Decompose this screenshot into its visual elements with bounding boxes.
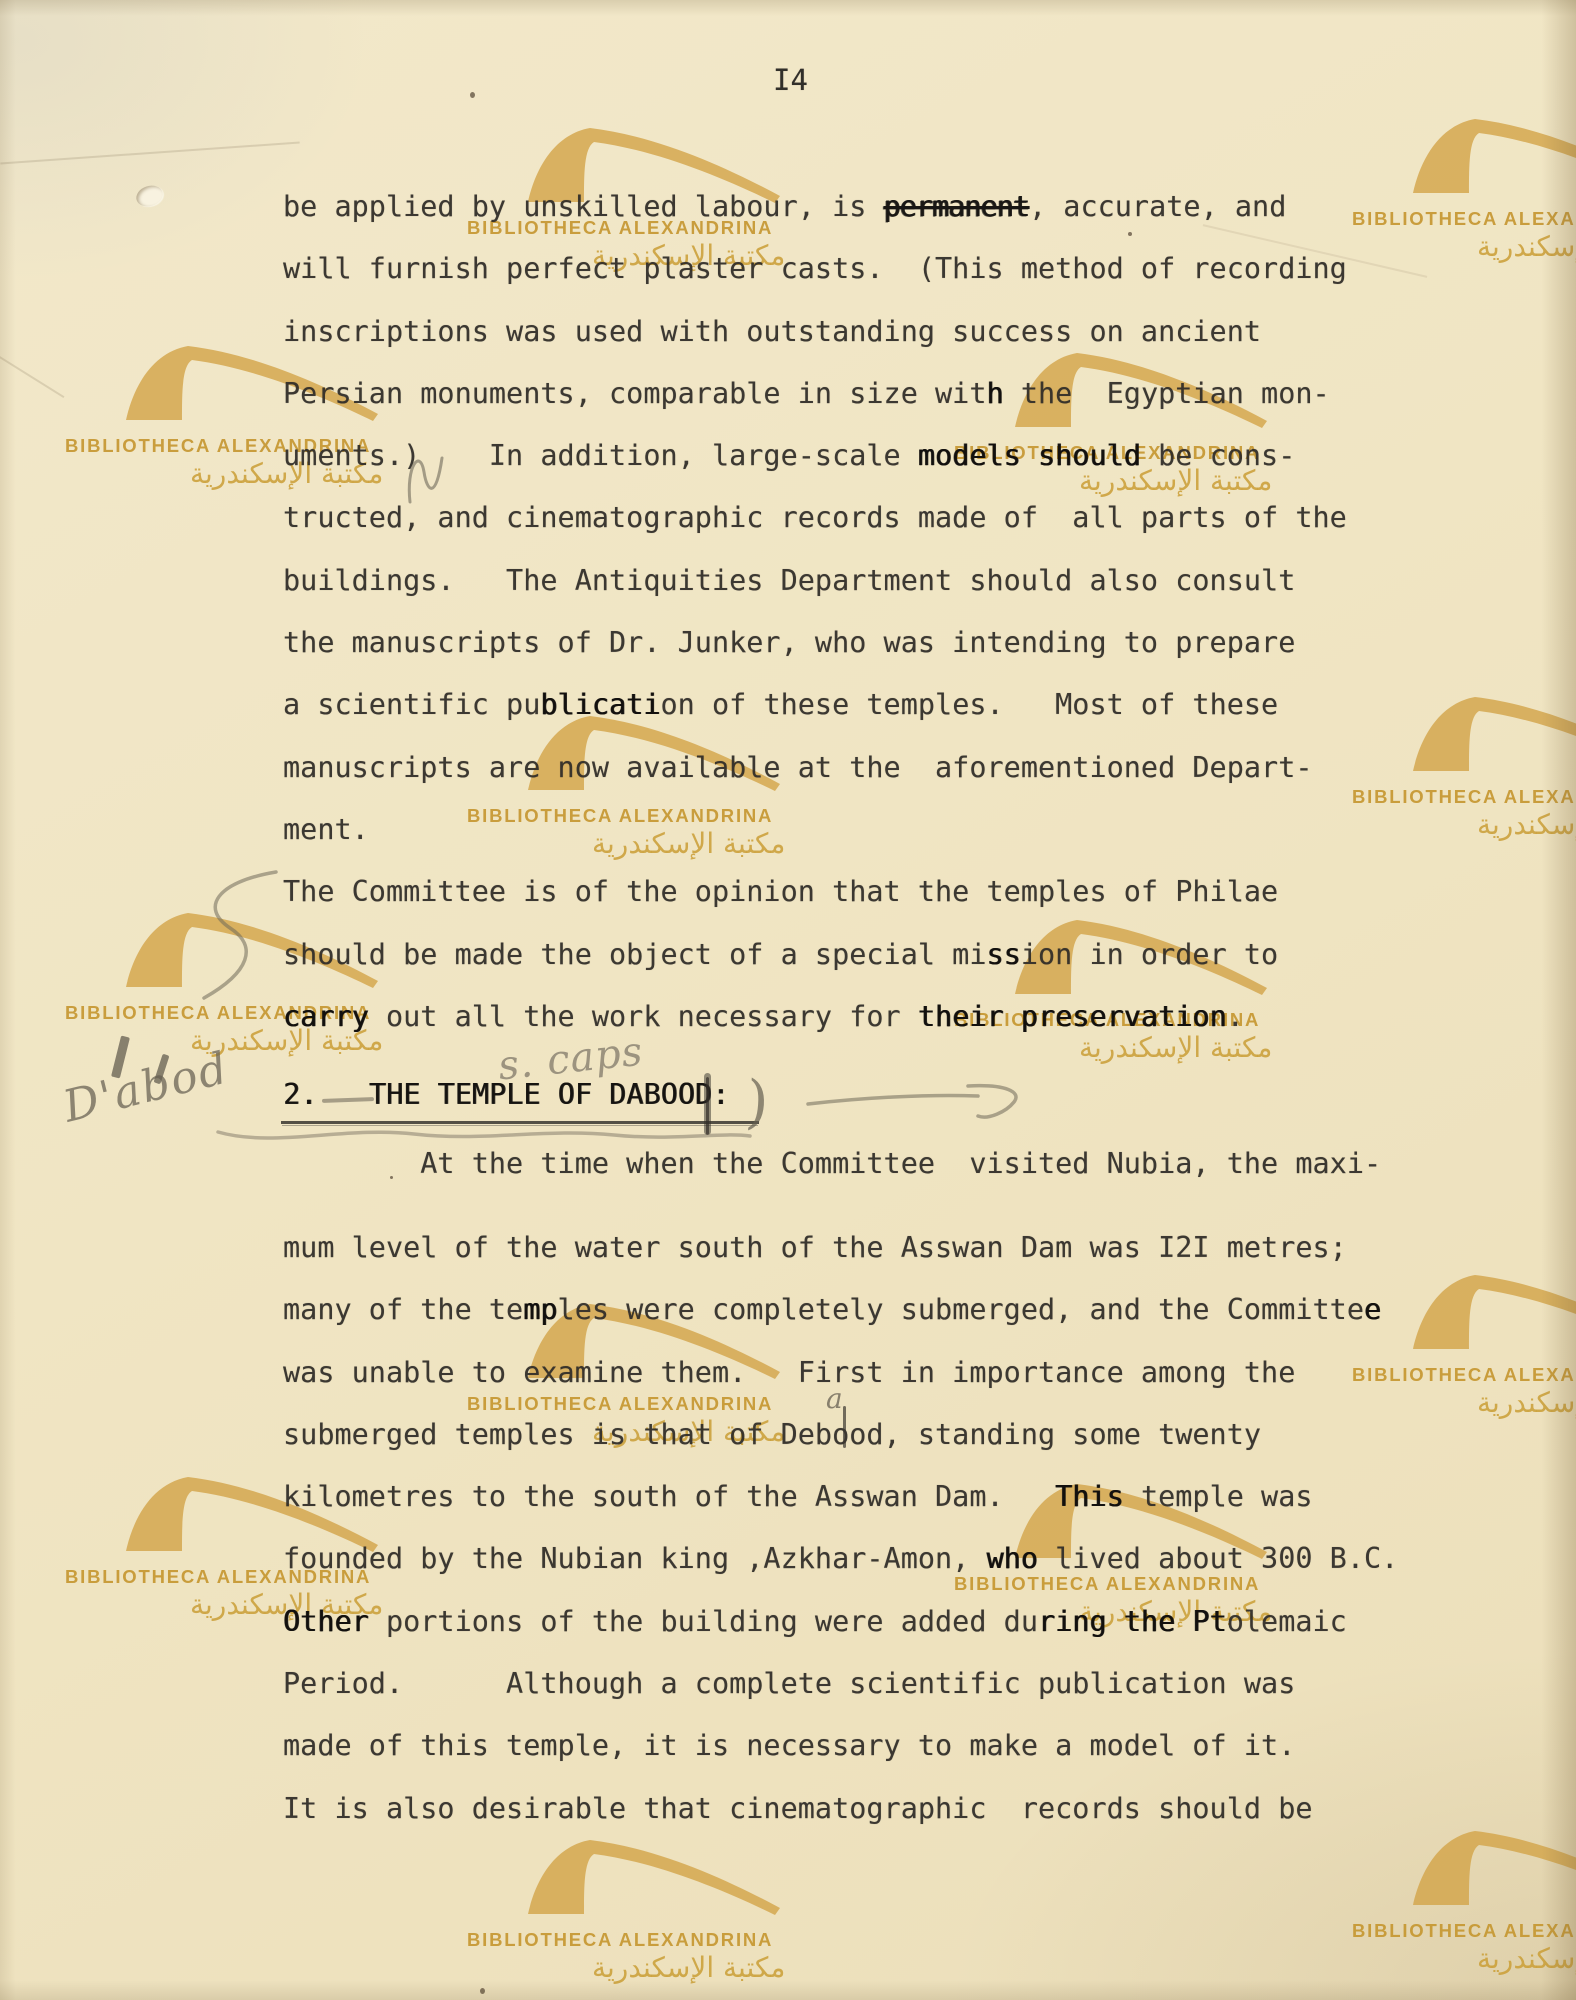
bibliotheca-alexandrina-arc-icon	[528, 1838, 780, 1916]
typed-line: buildings. The Antiquities Department sh…	[283, 550, 1347, 612]
typed-line: founded by the Nubian king ,Azkhar-Amon,…	[283, 1528, 1398, 1590]
typed-line: be applied by unskilled labour, is perma…	[283, 176, 1347, 238]
pencil-squiggle	[404, 444, 452, 508]
watermark: BIBLIOTHECA ALEXANDRINA مكتبة الإسكندرية	[467, 1929, 757, 1989]
watermark-arabic-text: مكتبة الإسكندرية	[1477, 230, 1576, 263]
typed-line: inscriptions was used with outstanding s…	[283, 301, 1347, 363]
typed-line: carry out all the work necessary for the…	[283, 986, 1347, 1048]
typed-line: mum level of the water south of the Assw…	[283, 1217, 1398, 1279]
pencil-wavy-underline	[214, 1122, 754, 1150]
watermark-latin-text: BIBLIOTHECA ALEXANDRINA	[467, 1929, 757, 1951]
ink-speck	[480, 1988, 485, 1994]
typed-line: a scientific publication of these temple…	[283, 674, 1347, 736]
paragraph-block-1: be applied by unskilled labour, is perma…	[283, 176, 1347, 1048]
ink-slash-debood	[843, 1406, 846, 1448]
pencil-brace	[196, 868, 288, 1008]
watermark-latin-text: BIBLIOTHECA ALEXANDRINA	[1352, 786, 1576, 808]
typed-line: manuscripts are now available at the afo…	[283, 737, 1347, 799]
typed-line: Period. Although a complete scientific p…	[283, 1653, 1398, 1715]
watermark: BIBLIOTHECA ALEXANDRINA مكتبة الإسكندرية	[1352, 786, 1576, 846]
paragraph-block-2: mum level of the water south of the Assw…	[283, 1217, 1398, 1840]
bibliotheca-alexandrina-arc-icon	[1413, 117, 1576, 195]
watermark-arabic-text: مكتبة الإسكندرية	[1477, 808, 1576, 841]
pencil-arrow	[806, 1080, 1046, 1130]
watermark-latin-text: BIBLIOTHECA ALEXANDRINA	[1352, 208, 1576, 230]
document-page: BIBLIOTHECA ALEXANDRINA مكتبة الإسكندرية…	[0, 0, 1576, 2000]
page-number: I4	[773, 63, 808, 97]
watermark-latin-text: BIBLIOTHECA ALEXANDRINA	[1352, 1920, 1576, 1942]
watermark: BIBLIOTHECA ALEXANDRINA مكتبة الإسكندرية	[1352, 1920, 1576, 1980]
typed-line: ment.	[283, 799, 1347, 861]
typed-line: kilometres to the south of the Asswan Da…	[283, 1466, 1398, 1528]
bibliotheca-alexandrina-arc-icon	[1413, 1273, 1576, 1351]
typed-line: many of the temples were completely subm…	[283, 1279, 1398, 1341]
typed-line: will furnish perfect plaster casts. (Thi…	[283, 238, 1347, 300]
typed-line: The Committee is of the opinion that the…	[283, 861, 1347, 923]
typed-line: the manuscripts of Dr. Junker, who was i…	[283, 612, 1347, 674]
ink-speck	[470, 92, 475, 98]
bibliotheca-alexandrina-arc-icon	[1413, 1829, 1576, 1907]
watermark-arabic-text: مكتبة الإسكندرية	[1477, 1942, 1576, 1975]
watermark-arabic-text: مكتبة الإسكندرية	[592, 1951, 785, 1984]
typed-line: should be made the object of a special m…	[283, 924, 1347, 986]
typed-line: It is also desirable that cinematographi…	[283, 1778, 1398, 1840]
inserted-letter-a: a	[826, 1382, 843, 1415]
watermark: BIBLIOTHECA ALEXANDRINA مكتبة الإسكندرية	[1352, 208, 1576, 268]
watermark-arabic-text: مكتبة الإسكندرية	[1477, 1386, 1576, 1419]
bibliotheca-alexandrina-arc-icon	[1413, 695, 1576, 773]
typed-line: Persian monuments, comparable in size wi…	[283, 363, 1347, 425]
typed-line: Other portions of the building were adde…	[283, 1591, 1398, 1653]
typed-line: made of this temple, it is necessary to …	[283, 1715, 1398, 1777]
